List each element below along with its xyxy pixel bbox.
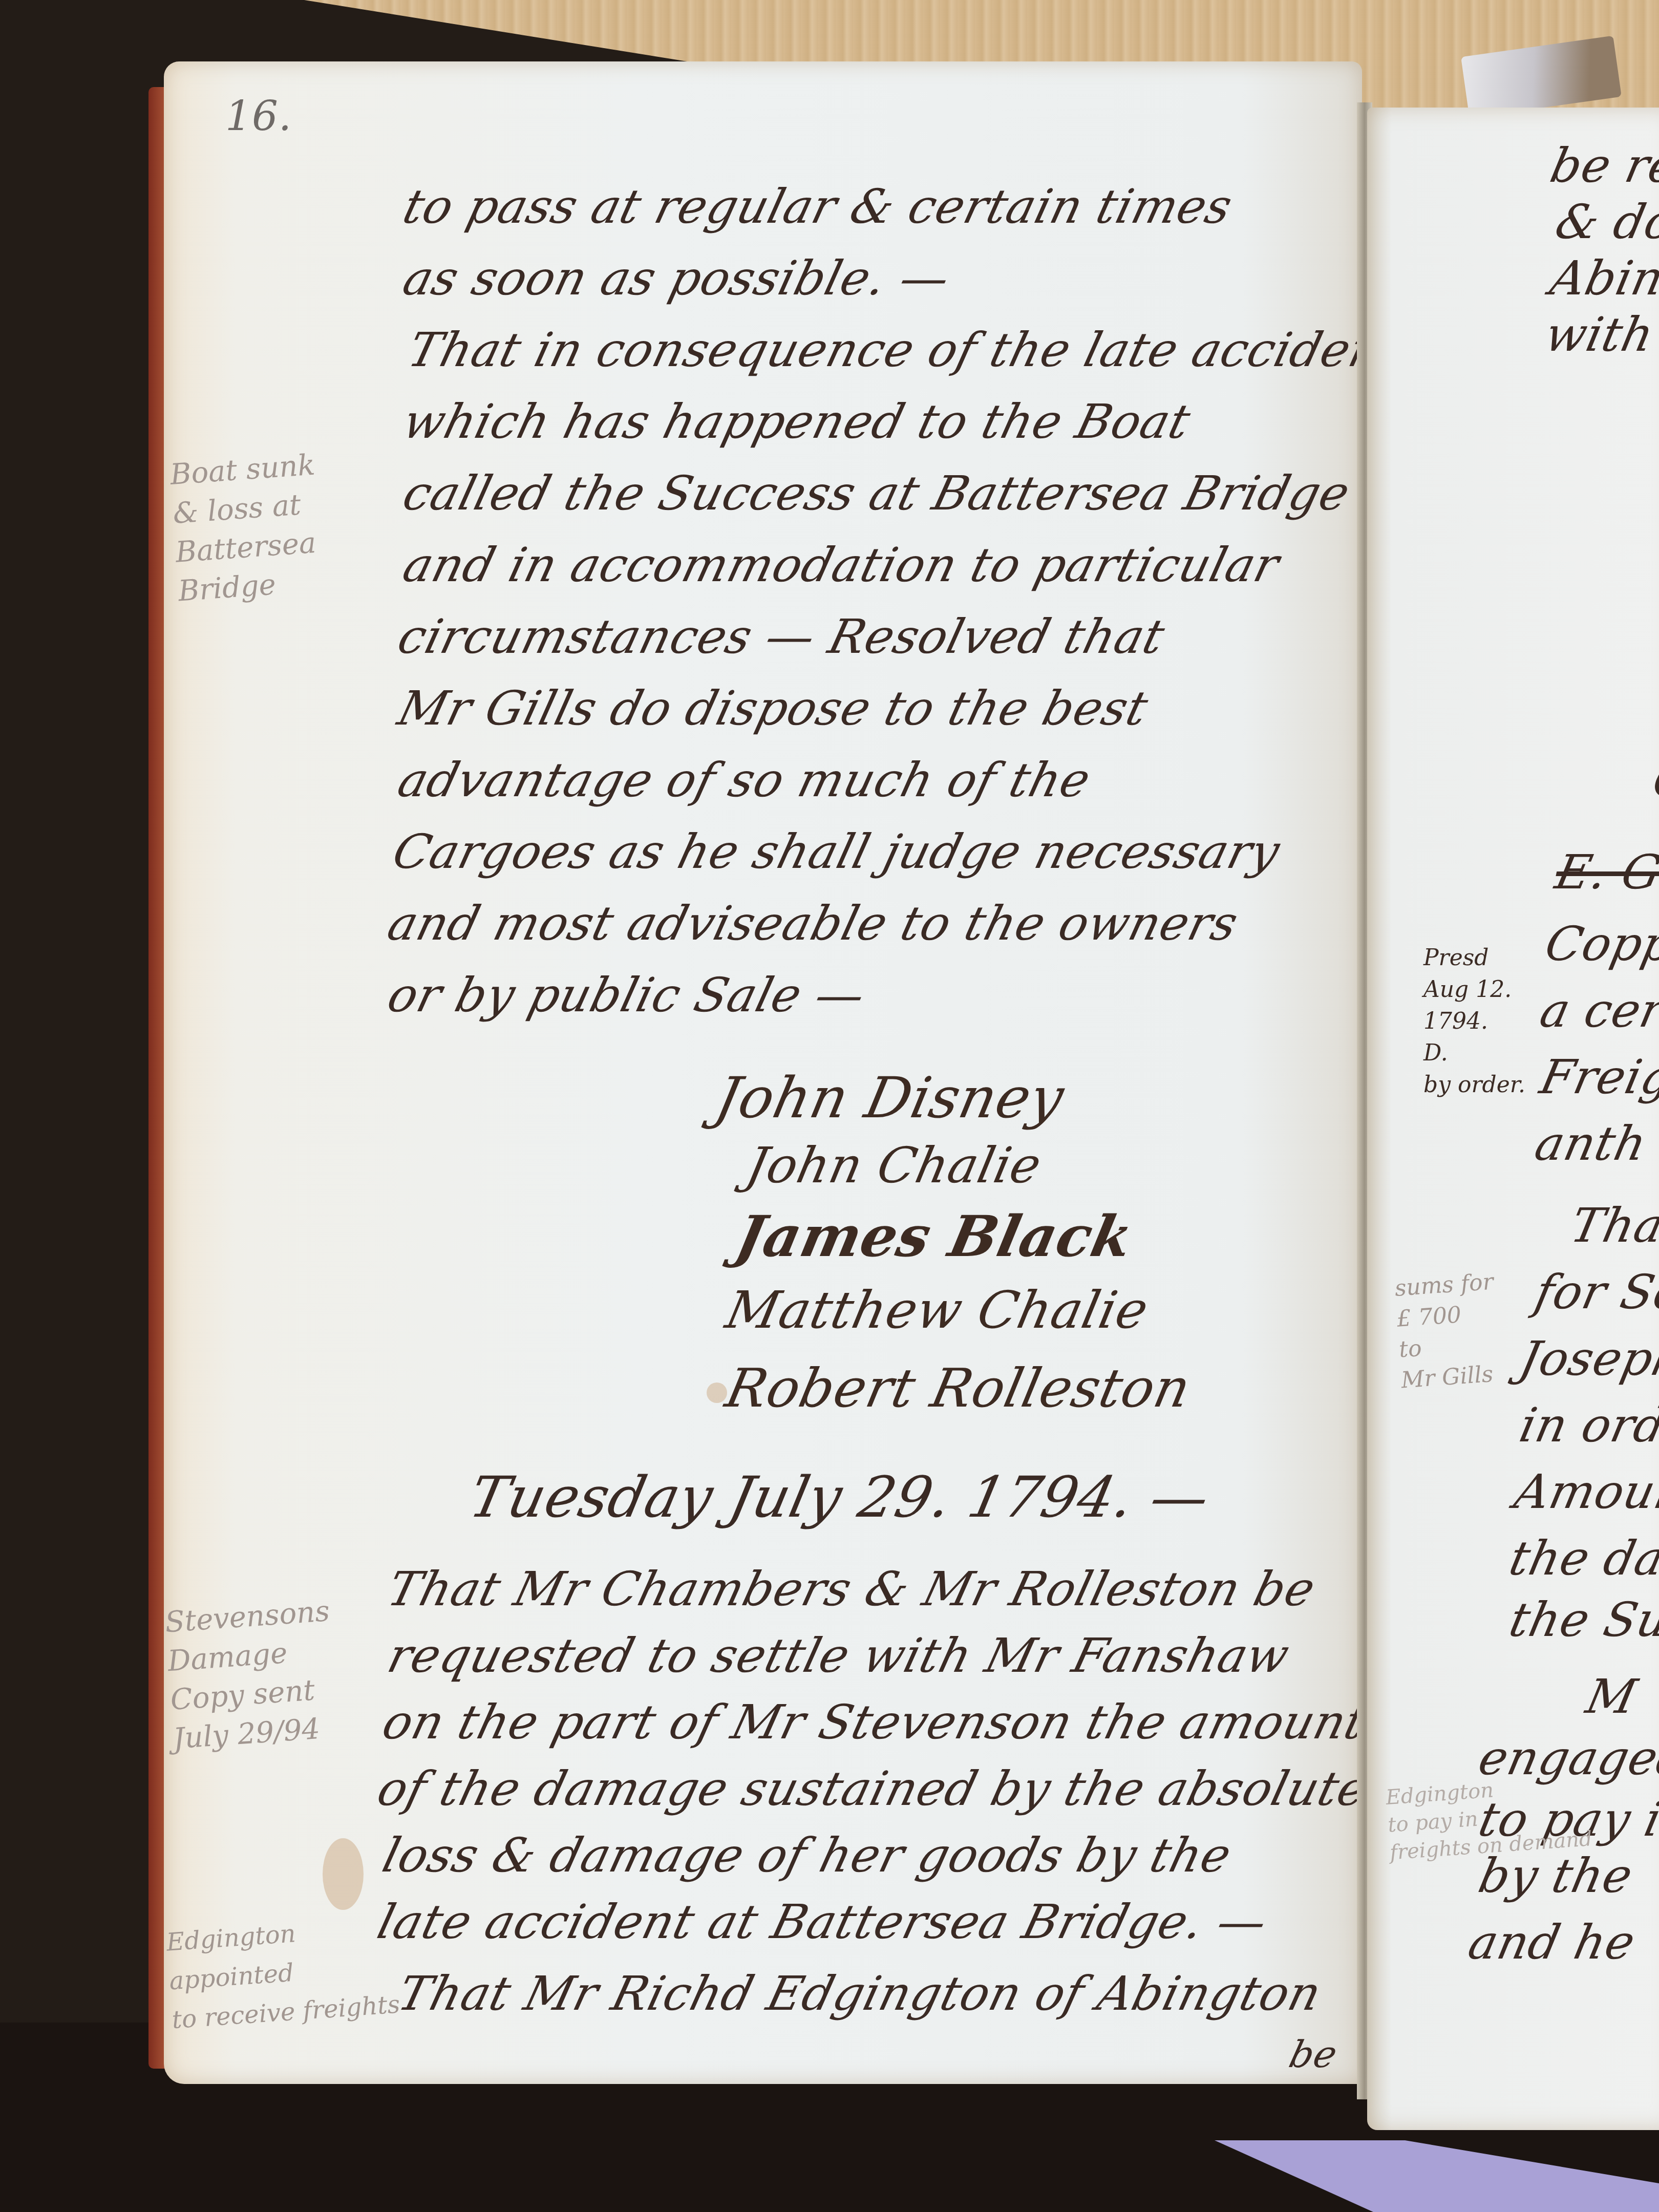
margin-note-boat-sunk: Boat sunk & loss at Battersea Bridge xyxy=(169,445,325,611)
ink-stain xyxy=(323,1838,364,1910)
body-line: loss & damage of her goods by the xyxy=(377,1828,1237,1883)
body-line: called the Success at Battersea Bridge xyxy=(398,466,1356,521)
body-line: and in accommodation to particular xyxy=(398,538,1285,592)
right-page: be re & doa Abin with C E. G Coppe a cer… xyxy=(1367,108,1659,2130)
right-body-line: in ord xyxy=(1515,1398,1659,1453)
right-body-line: the da xyxy=(1505,1531,1659,1586)
signature-james-black: James Black xyxy=(730,1203,1139,1269)
signature-robert-rolleston: Robert Rolleston xyxy=(720,1357,1196,1419)
margin-note-stevensons-damage: Stevensons Damage Copy sent July 29/94 xyxy=(164,1592,339,1759)
body-line: late accident at Battersea Bridge. — xyxy=(372,1895,1273,1949)
right-body-line: the Su xyxy=(1505,1592,1659,1647)
margin-note-sums: sums for £ 700 to Mr Gills xyxy=(1394,1267,1501,1396)
right-body-line: Abin xyxy=(1546,251,1659,306)
right-body-line: Freig xyxy=(1536,1050,1659,1104)
body-line: That Mr Richd Edgington of Abington xyxy=(393,1966,1327,2021)
right-body-line: Joseph xyxy=(1515,1331,1659,1386)
body-line: Cargoes as he shall judge necessary xyxy=(388,824,1286,879)
ink-stain xyxy=(707,1382,727,1403)
right-body-line: Coppe xyxy=(1541,917,1659,971)
right-body-line: a cert xyxy=(1536,983,1659,1038)
body-line: That Mr Chambers & Mr Rolleston be xyxy=(382,1562,1321,1617)
body-line: and most adviseable to the owners xyxy=(382,896,1244,951)
body-line: Mr Gills do dispose to the best xyxy=(393,681,1154,736)
right-body-line: with xyxy=(1541,307,1659,362)
right-body-line: anth xyxy=(1530,1116,1652,1171)
page-number: 16. xyxy=(225,92,292,140)
left-page: 16. to pass at regular & certain times a… xyxy=(164,61,1362,2084)
body-line: of the damage sustained by the absolute xyxy=(372,1761,1374,1816)
catchword: be xyxy=(1285,2033,1343,2076)
right-body-line: Amoun xyxy=(1510,1464,1659,1519)
body-line: to pass at regular & certain times xyxy=(398,179,1238,234)
right-body-line: for Se xyxy=(1530,1265,1659,1320)
body-line: advantage of so much of the xyxy=(393,753,1096,807)
signature-matthew-chalie: Matthew Chalie xyxy=(721,1280,1154,1340)
body-line: which has happened to the Boat xyxy=(398,394,1196,449)
margin-note-edgington-freights: Edgington to pay in freights on demand xyxy=(1385,1770,1593,1866)
body-line: on the part of Mr Stevenson the amount xyxy=(377,1695,1372,1750)
right-body-line: and he xyxy=(1464,1915,1641,1970)
body-line: circumstances — Resolved that xyxy=(393,609,1171,664)
body-line: That in consequence of the late accident xyxy=(403,323,1408,377)
right-body-line: & doa xyxy=(1551,195,1659,249)
right-body-line: M xyxy=(1582,1669,1642,1724)
margin-note-presented: Presd Aug 12. 1794. D. by order. xyxy=(1423,942,1525,1101)
margin-note-edgington-appointed: Edgington appointed to receive freights xyxy=(165,1907,401,2040)
right-body-line: be re xyxy=(1546,138,1659,193)
body-line: or by public Sale — xyxy=(382,968,871,1023)
right-body-line: C xyxy=(1648,753,1659,807)
signature-john-chalie: John Chalie xyxy=(741,1137,1047,1194)
signature-john-disney: John Disney xyxy=(710,1065,1070,1131)
right-body-line: Tha xyxy=(1566,1198,1659,1253)
meeting-date-heading: Tuesday July 29. 1794. — xyxy=(464,1464,1215,1530)
body-line: as soon as possible. — xyxy=(398,251,955,306)
right-heading-struck: E. G xyxy=(1551,845,1659,900)
body-line: requested to settle with Mr Fanshaw xyxy=(382,1628,1295,1683)
